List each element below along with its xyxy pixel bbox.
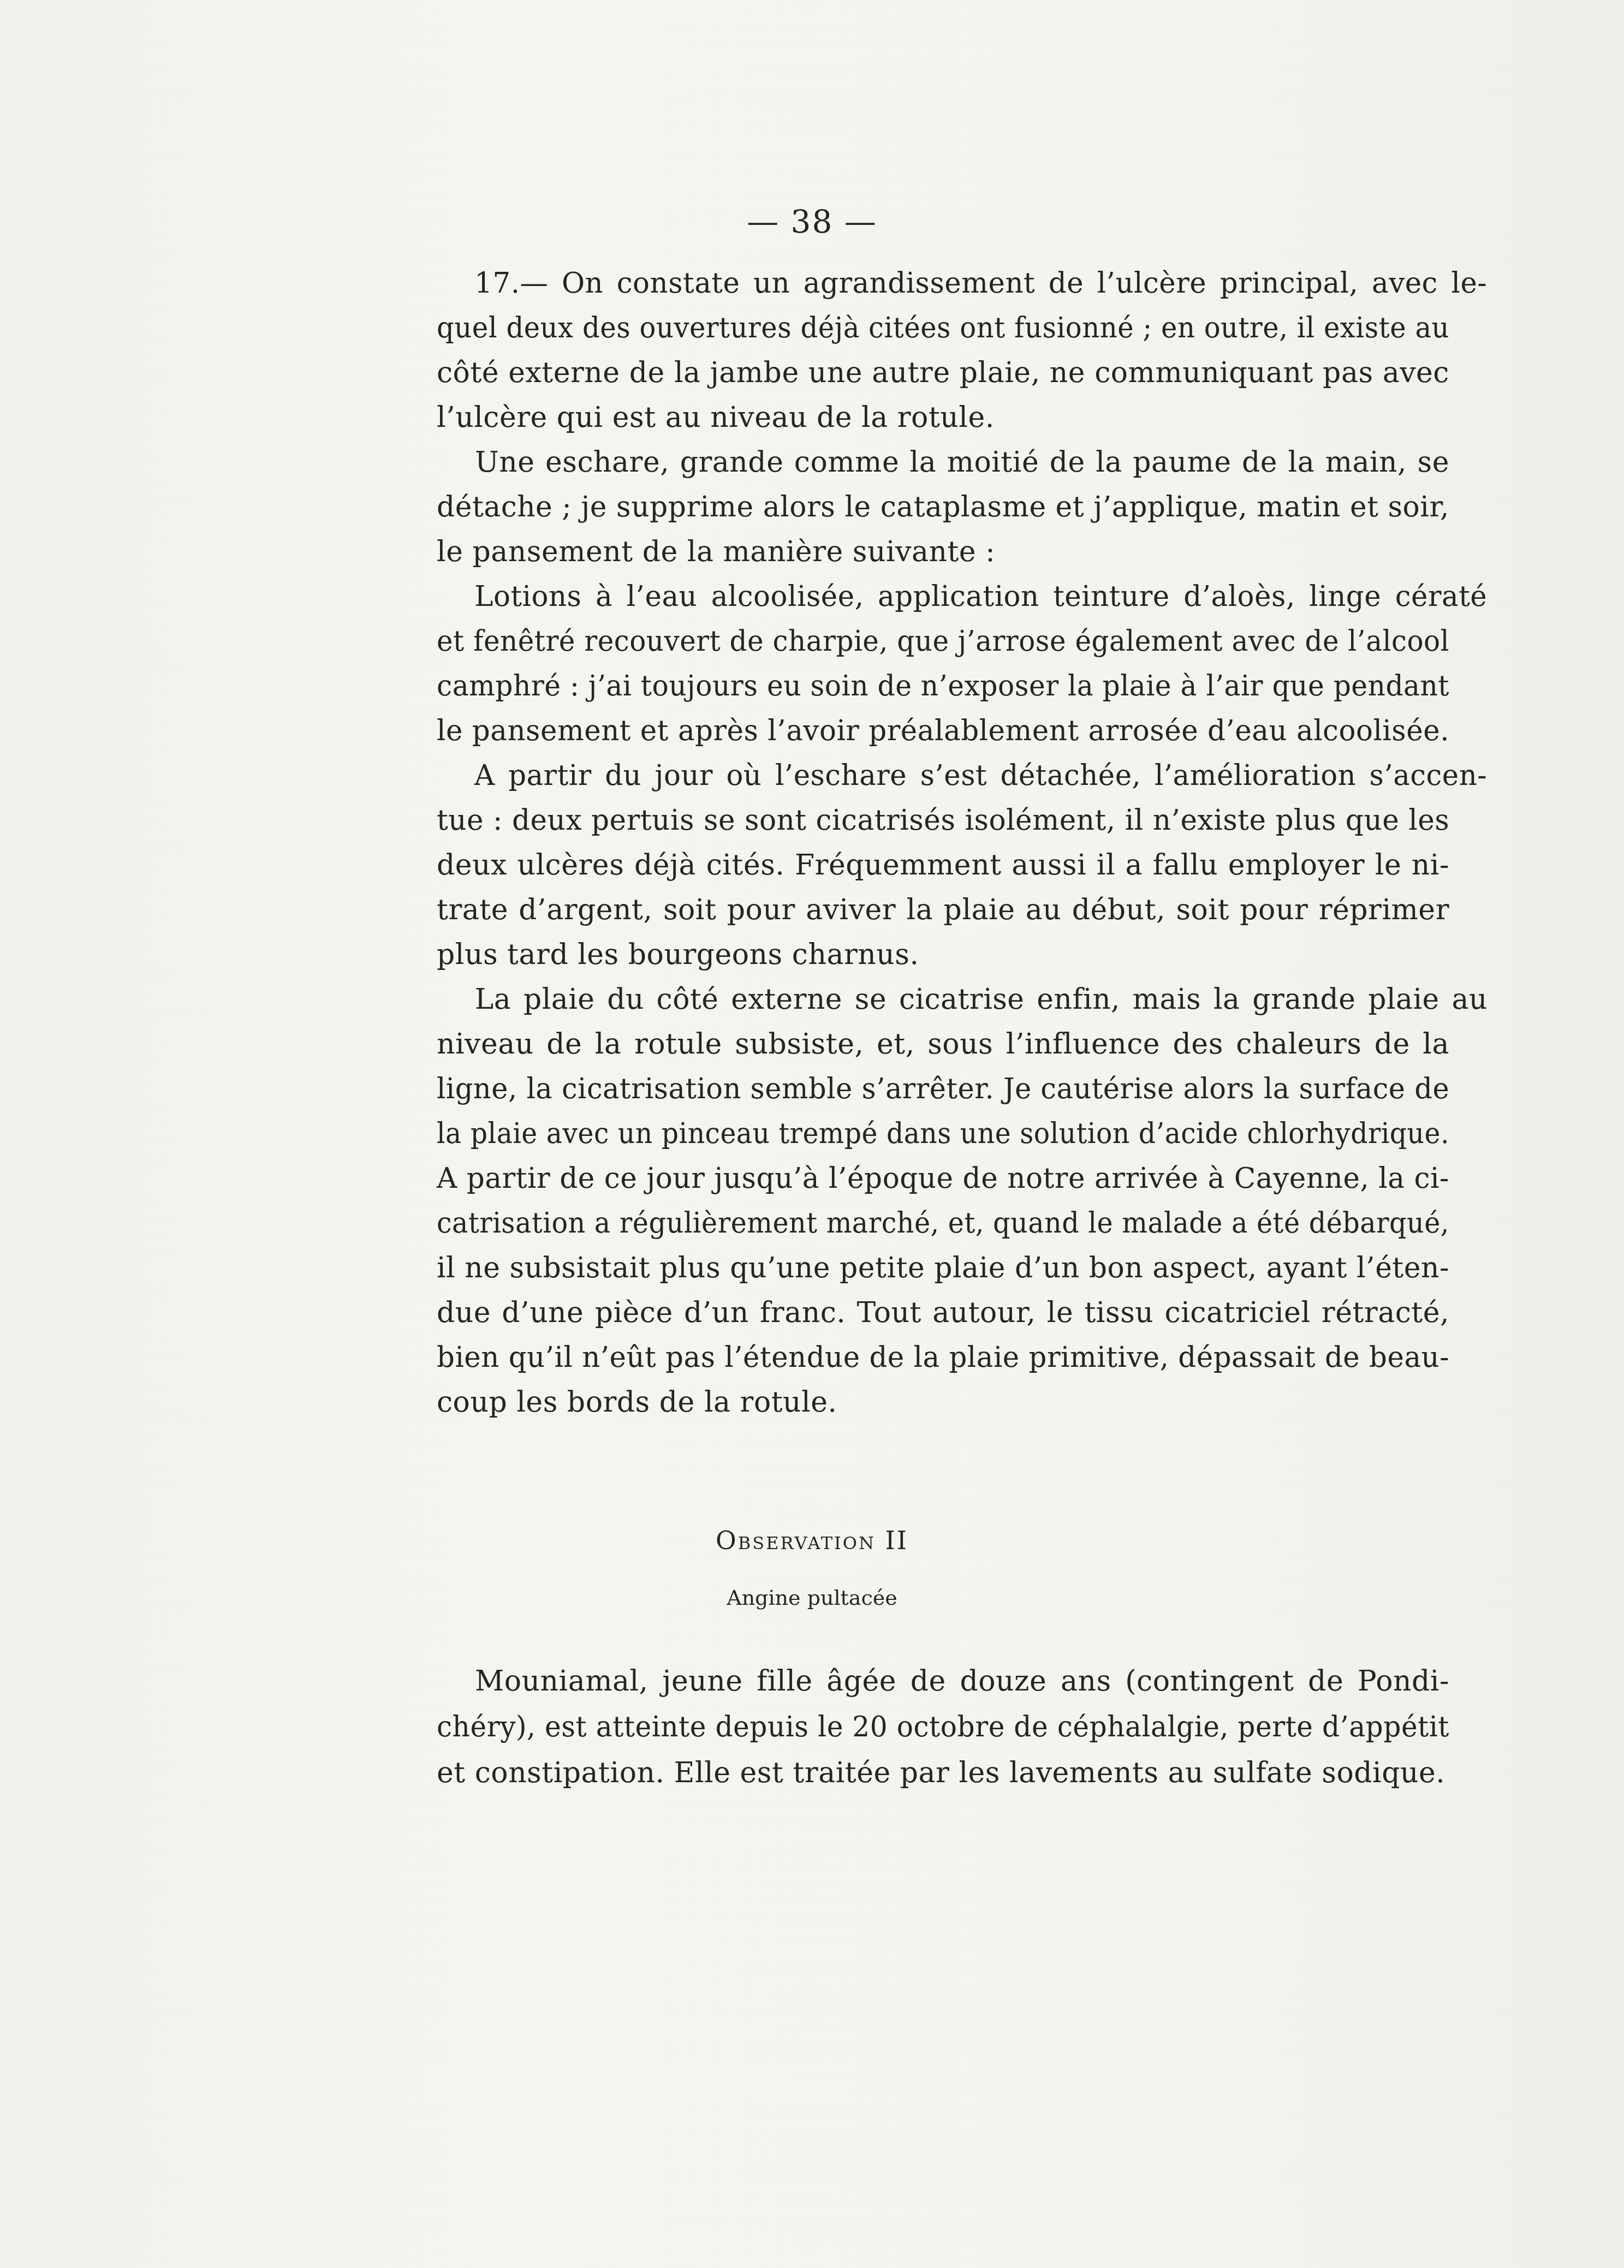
text-line: et constipation. Elle est traitée par le…: [437, 1750, 1449, 1796]
text-line: et fenêtré recouvert de charpie, que j’a…: [437, 619, 1449, 664]
text-line: catrisation a régulièrement marché, et, …: [437, 1201, 1449, 1246]
text-line: le pansement de la manière suivante :: [437, 529, 1449, 574]
text-line: la plaie avec un pinceau trempé dans une…: [437, 1111, 1449, 1156]
paragraph: La plaie du côté externe se cicatrise en…: [437, 977, 1449, 1425]
text-line: Une eschare, grande comme la moitié de l…: [437, 440, 1449, 485]
text-line: A partir du jour où l’eschare s’est déta…: [437, 753, 1487, 798]
text-line: l’ulcère qui est au niveau de la rotule.: [437, 395, 1449, 440]
text-line: camphré : j’ai toujours eu soin de n’exp…: [437, 664, 1449, 709]
text-line: coup les bords de la rotule.: [437, 1380, 1449, 1425]
observation-subheading: Angine pultacée: [0, 1586, 1624, 1610]
text-line: deux ulcères déjà cités. Fréquemment aus…: [437, 843, 1449, 888]
text-line: 17.— On constate un agrandissement de l’…: [437, 261, 1487, 306]
text-line: A partir de ce jour jusqu’à l’époque de …: [437, 1156, 1449, 1201]
paragraph: Une eschare, grande comme la moitié de l…: [437, 440, 1449, 574]
text-line: chéry), est atteinte depuis le 20 octobr…: [437, 1704, 1449, 1750]
text-line: quel deux des ouvertures déjà citées ont…: [437, 306, 1449, 350]
text-line: trate d’argent, soit pour aviver la plai…: [437, 888, 1449, 932]
text-line: Lotions à l’eau alcoolisée, application …: [437, 574, 1487, 619]
body-text-section-2: Mouniamal, jeune fille âgée de douze ans…: [437, 1658, 1449, 1796]
paragraph: Mouniamal, jeune fille âgée de douze ans…: [437, 1658, 1449, 1796]
text-line: bien qu’il n’eût pas l’étendue de la pla…: [437, 1335, 1449, 1380]
text-line: La plaie du côté externe se cicatrise en…: [437, 977, 1488, 1022]
document-page: — 38 — 17.— On constate un agrandissemen…: [0, 0, 1624, 2268]
text-line: le pansement et après l’avoir préalablem…: [437, 709, 1449, 753]
paragraph: A partir du jour où l’eschare s’est déta…: [437, 753, 1449, 977]
text-line: détache ; je supprime alors le cataplasm…: [437, 485, 1449, 529]
paragraph: Lotions à l’eau alcoolisée, application …: [437, 574, 1449, 753]
text-line: côté externe de la jambe une autre plaie…: [437, 350, 1449, 395]
page-number: — 38 —: [0, 203, 1624, 240]
paragraph: 17.— On constate un agrandissement de l’…: [437, 261, 1449, 440]
body-text-section-1: 17.— On constate un agrandissement de l’…: [437, 261, 1449, 1425]
text-line: plus tard les bourgeons charnus.: [437, 932, 1449, 977]
text-line: ligne, la cicatrisation semble s’arrêter…: [437, 1067, 1449, 1111]
text-line: tue : deux pertuis se sont cicatrisés is…: [437, 798, 1449, 843]
text-line: Mouniamal, jeune fille âgée de douze ans…: [437, 1658, 1449, 1704]
text-line: due d’une pièce d’un franc. Tout autour,…: [437, 1290, 1449, 1335]
text-line: niveau de la rotule subsiste, et, sous l…: [437, 1022, 1449, 1067]
observation-heading: Observation II: [0, 1526, 1624, 1555]
text-line: il ne subsistait plus qu’une petite plai…: [437, 1246, 1449, 1290]
